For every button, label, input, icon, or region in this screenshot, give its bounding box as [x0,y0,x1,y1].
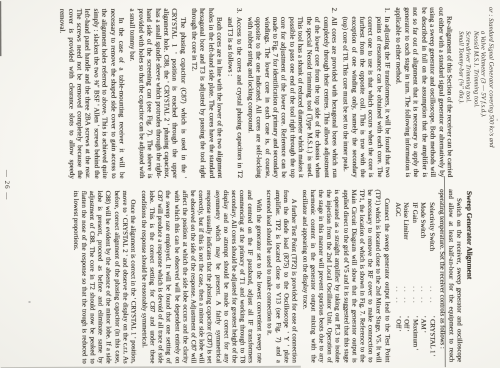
paragraph-text: Once the alignment is correct in the ' C… [72,191,137,364]
body-paragraph: Switch on the receiver, sweep generator … [437,189,462,362]
paragraph-text: Both cores are in line with the lower of… [190,8,223,178]
settings-label: Selectivity Switch [426,189,435,286]
settings-value: ' Off ' [402,316,411,362]
paragraph-number: 1. [382,7,390,12]
settings-value: ' AM ' [418,316,427,362]
equipment-note-line: a Valve Voltmeter (3 — 5V f.s.d.). [479,7,487,177]
body-paragraph: A further Test Point (TP2) is provided f… [264,190,298,363]
settings-label: AGC [393,189,402,286]
section-heading: Sweep Generator Alignment [465,191,474,362]
settings-row: Noise Limiter .. .. ' Off ' [401,189,410,362]
paragraph-number: 2. [329,8,337,13]
settings-value: ' Off ' [393,316,402,362]
body-paragraph: Re-alignment of this Section of the rece… [393,7,453,177]
paragraph-text: All cores are provided with hexagonal bo… [246,17,338,178]
equipment-note-line: Small Tommy-bar (⅛″ dia.). [456,7,464,177]
scanned-manual-screenshot: or : Standard Signal Generator covering … [0,0,500,368]
scan-edge-artifact [0,1,2,56]
body-paragraph-numbered: 3. Access to the cores and crystal phasi… [225,8,243,178]
paragraph-text: A further Test Point (TP2) is provided f… [265,190,297,363]
settings-label: Mode Switch [418,189,427,286]
paragraph-text: Switch on the receiver, sweep generator … [438,189,462,362]
settings-leader-dots: .. .. [418,286,427,316]
body-paragraph: With the generator set to the lowest con… [139,190,263,364]
settings-leader-dots: .. .. [393,286,402,316]
paragraph-text: Re-alignment of this Section of the rece… [395,7,453,177]
settings-value: ' CRYSTAL 1 ' [427,316,436,362]
scan-speck [29,301,31,303]
settings-row: IF Gain .. .. ' Maximum ' [409,189,418,362]
paragraph-text: With the generator set to the lowest con… [140,190,263,363]
settings-leader-dots: .. .. [410,286,419,316]
equipment-note-line: Neosid M.S.1. Trimming tool. [471,7,479,177]
settings-row: Selectivity Switch .. .. ' CRYSTAL 1 ' [426,189,435,362]
page-content: or : Standard Signal Generator covering … [0,0,500,368]
body-paragraph-numbered: 1. In adjusting the IF transformers, it … [340,7,391,177]
scan-speck [497,119,498,121]
paragraph-text: In the case of a table-mounting receiver… [58,9,125,179]
page-number: — 26 — [2,1,12,368]
settings-value: ' Maximum ' [410,316,419,362]
scanned-page-rotated-90cw: or : Standard Signal Generator covering … [0,0,500,368]
right-column: Sweep Generator Alignment Switch on the … [68,189,474,364]
receiver-controls-table: Selectivity Switch .. .. ' CRYSTAL 1 ' M… [393,189,436,362]
settings-leader-dots: .. .. [402,286,411,316]
paragraph-text: Connect the sweep generator output lead … [301,189,391,362]
paragraph-text: The phasing capacitor (C87) which is use… [128,8,186,178]
body-paragraph: Connect the sweep generator output lead … [299,189,390,362]
settings-label: IF Gain [409,189,418,286]
equipment-note: or : Standard Signal Generator covering … [456,7,495,177]
paragraph-number: 3. [233,8,241,13]
settings-label: Noise Limiter [401,189,410,286]
settings-leader-dots: .. .. [427,286,436,316]
body-paragraph: In the case of a table-mounting receiver… [57,9,125,179]
settings-row: AGC .. .. ' Off ' [393,189,402,362]
equipment-note-line: Screwdriver Trimming tool. [464,7,472,177]
settings-row: Mode Switch .. .. ' AM ' [418,189,427,362]
body-paragraph: Once the alignment is correct in the ' C… [70,190,136,363]
paragraph-text: In adjusting the IF transformers, it wil… [341,16,391,177]
equipment-note-line: or : Standard Signal Generator covering … [487,7,495,177]
body-paragraph-numbered: 2. All cores are provided with hexagonal… [244,8,338,178]
left-column: or : Standard Signal Generator covering … [54,7,495,179]
body-paragraph: Both cores are in line with the lower of… [189,8,224,178]
body-paragraph: The phasing capacitor (C87) which is use… [127,8,187,178]
paragraph-text: Access to the cores and crystal phasing … [226,17,242,178]
